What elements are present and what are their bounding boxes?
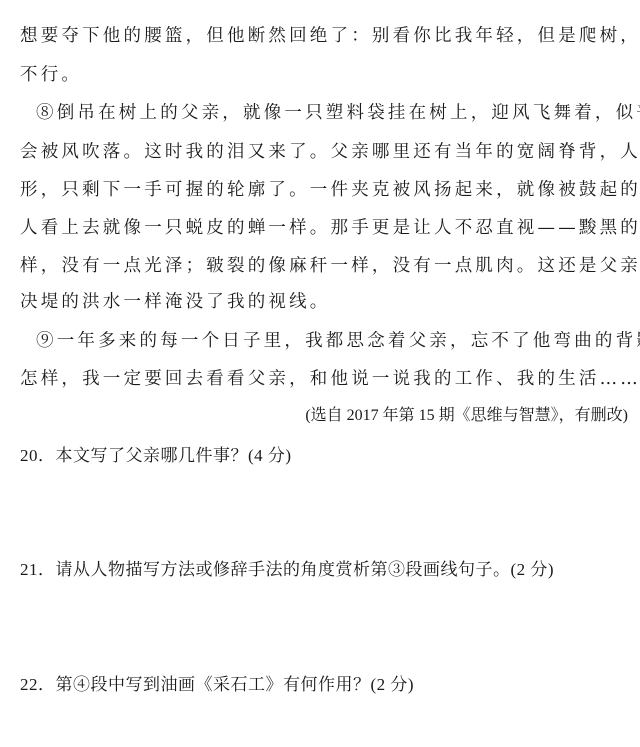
passage-line: 想要夺下他的腰篮，但他断然回绝了：别看你比我年轻，但是爬树，我灵活，你 xyxy=(20,22,640,47)
passage-line: 人看上去就像一只蜕皮的蝉一样。那手更是让人不忍直视——黢黑的像烧火棍一 xyxy=(20,214,640,239)
source-attribution: (选自 2017 年第 15 期《思维与智慧》，有删改) xyxy=(305,402,628,425)
question-22: 22．第④段中写到油画《采石工》有何作用？(2 分) xyxy=(20,670,414,695)
passage-line: 会被风吹落。这时我的泪又来了。父亲哪里还有当年的宽阔脊背，人瘦得有些变 xyxy=(20,138,640,163)
paragraph-9-start: ⑨一年多来的每一个日子里，我都思念着父亲，忘不了他弯曲的背影。无论 xyxy=(36,327,640,352)
passage-line: 不行。 xyxy=(20,61,82,86)
passage-line: 决堤的洪水一样淹没了我的视线。 xyxy=(20,288,331,313)
passage-line: 样，没有一点光泽；皲裂的像麻秆一样，没有一点肌肉。这还是父亲吗？眼泪像 xyxy=(20,252,640,277)
passage-line: 怎样，我一定要回去看看父亲，和他说一说我的工作、我的生活…… xyxy=(20,365,640,390)
paragraph-8-start: ⑧倒吊在树上的父亲，就像一只塑料袋挂在树上，迎风飞舞着，似乎随时都 xyxy=(36,99,640,124)
question-21: 21．请从人物描写方法或修辞手法的角度赏析第③段画线句子。(2 分) xyxy=(20,555,554,580)
passage-line: 形，只剩下一手可握的轮廓了。一件夹克被风扬起来，就像被鼓起的风帆，整个 xyxy=(20,176,640,201)
question-20: 20．本文写了父亲哪几件事？(4 分) xyxy=(20,441,292,466)
